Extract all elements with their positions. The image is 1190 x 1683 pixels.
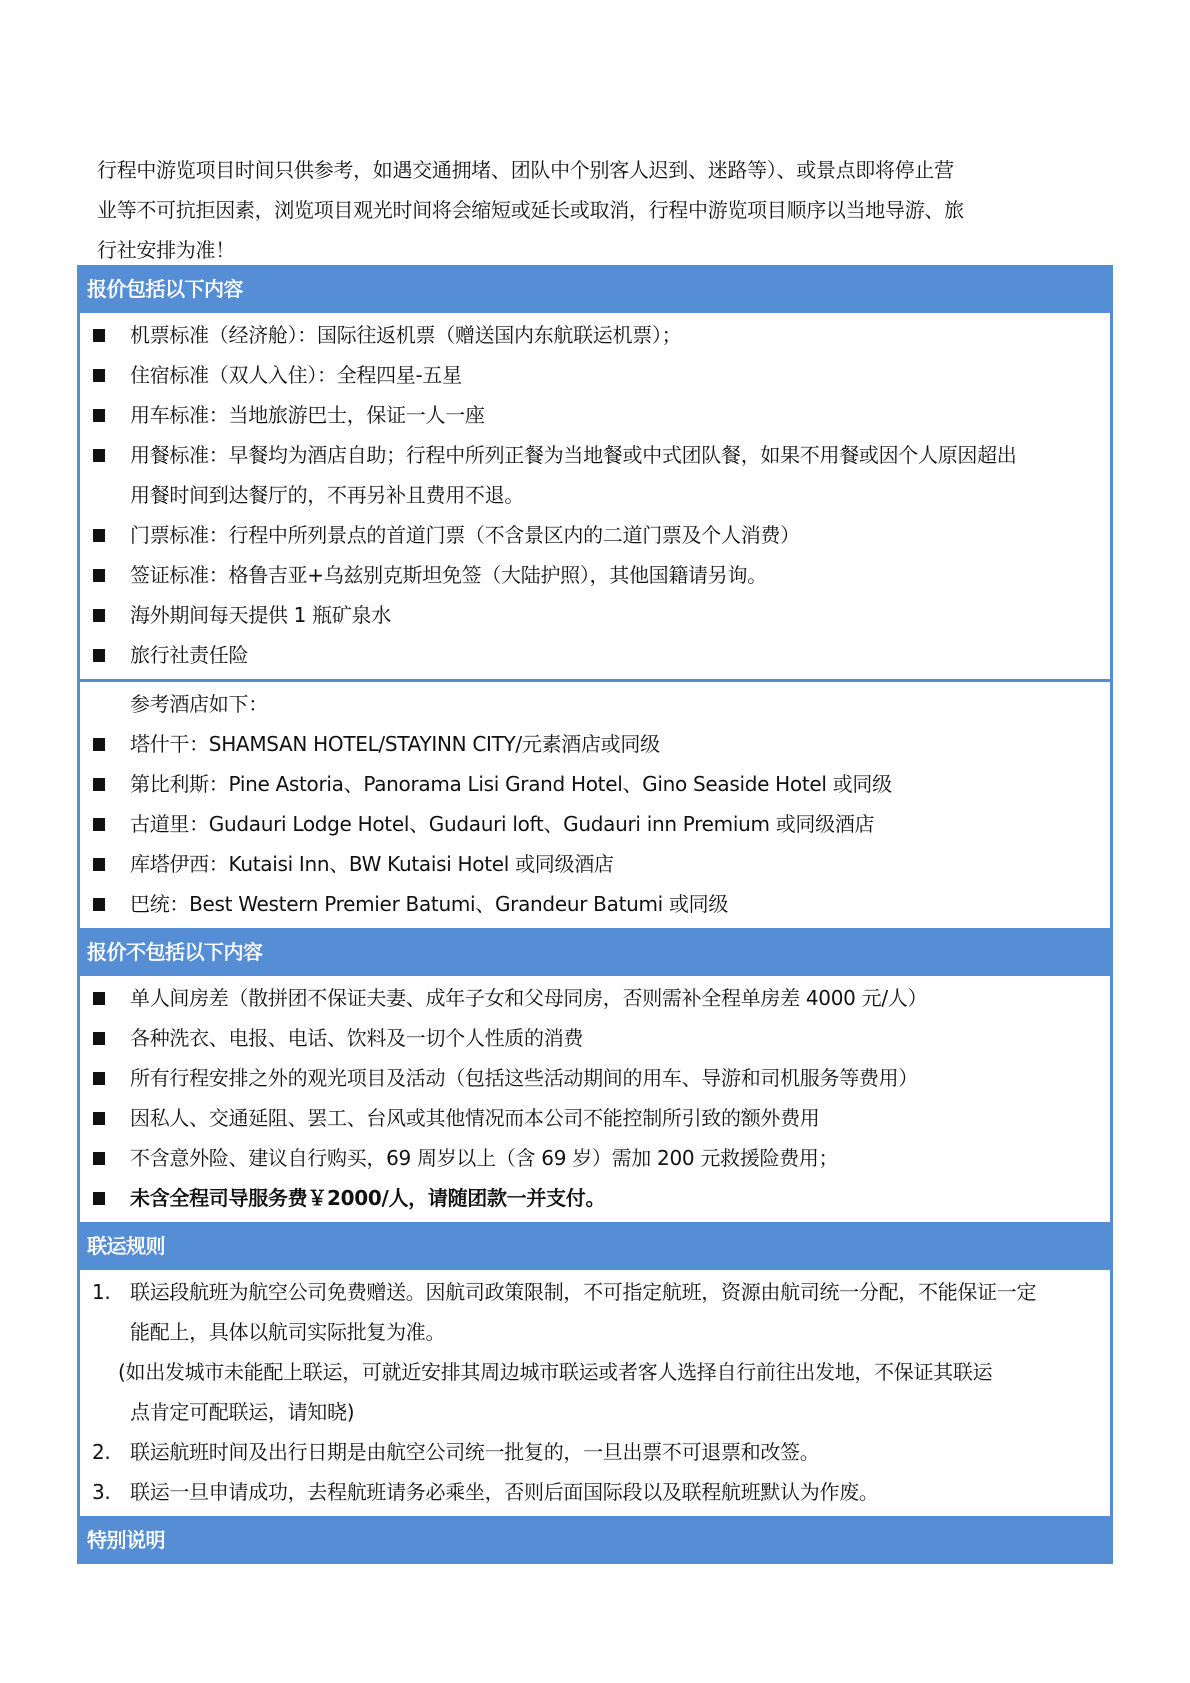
hotels-label: 参考酒店如下： xyxy=(80,684,1110,724)
numbered-item: 2.联运航班时间及出行日期是由航空公司统一批复的，一旦出票不可退票和改签。 xyxy=(80,1432,1110,1472)
bullet-square-icon xyxy=(80,595,130,635)
bullet-square-icon xyxy=(80,764,130,804)
list-item-continuation: 用餐时间到达餐厅的，不再另补且费用不退。 xyxy=(80,475,1110,515)
excluded-list: 单人间房差（散拼团不保证夫妻、成年子女和父母同房，否则需补全程单房差 4000 … xyxy=(80,976,1110,1222)
bullet-square-icon xyxy=(80,435,130,475)
terms-table: 报价包括以下内容 机票标准（经济舱）：国际往返机票（赠送国内东航联运机票）； 住… xyxy=(77,265,1113,1564)
hotels-list: 参考酒店如下： 塔什干：SHAMSAN HOTEL/STAYINN CITY/元… xyxy=(80,682,1110,928)
list-item: 单人间房差（散拼团不保证夫妻、成年子女和父母同房，否则需补全程单房差 4000 … xyxy=(80,978,1110,1018)
bullet-square-icon xyxy=(80,1138,130,1178)
list-item: 因私人、交通延阻、罢工、台风或其他情况而本公司不能控制所引致的额外费用 xyxy=(80,1098,1110,1138)
bullet-square-icon xyxy=(80,978,130,1018)
list-item: 海外期间每天提供 1 瓶矿泉水 xyxy=(80,595,1110,635)
connection-list: 1.联运段航班为航空公司免费赠送。因航司政策限制，不可指定航班，资源由航司统一分… xyxy=(80,1270,1110,1516)
bullet-square-icon xyxy=(80,355,130,395)
bullet-square-icon xyxy=(80,635,130,675)
intro-line: 行社安排为准！ xyxy=(97,230,1057,270)
list-item: 住宿标准（双人入住）：全程四星-五星 xyxy=(80,355,1110,395)
list-item: 机票标准（经济舱）：国际往返机票（赠送国内东航联运机票）； xyxy=(80,315,1110,355)
intro-line: 业等不可抗拒因素，浏览项目观光时间将会缩短或延长或取消，行程中游览项目顺序以当地… xyxy=(97,190,1057,230)
intro-note: 行程中游览项目时间只供参考，如遇交通拥堵、团队中个别客人迟到、迷路等）、或景点即… xyxy=(97,150,1057,270)
section-header-connection: 联运规则 xyxy=(77,1222,1113,1270)
list-item: 不含意外险、建议自行购买，69 周岁以上（含 69 岁）需加 200 元救援险费… xyxy=(80,1138,1110,1178)
list-item: 各种洗衣、电报、电话、饮料及一切个人性质的消费 xyxy=(80,1018,1110,1058)
list-item: 用餐标准：早餐均为酒店自助；行程中所列正餐为当地餐或中式团队餐，如果不用餐或因个… xyxy=(80,435,1110,475)
bullet-square-icon xyxy=(80,1098,130,1138)
numbered-item: 3.联运一旦申请成功，去程航班请务必乘坐，否则后面国际段以及联程航班默认为作废。 xyxy=(80,1472,1110,1512)
list-item: 巴统：Best Western Premier Batumi、Grandeur … xyxy=(80,884,1110,924)
section-header-special: 特别说明 xyxy=(77,1516,1113,1564)
bullet-square-icon xyxy=(80,724,130,764)
list-item: 塔什干：SHAMSAN HOTEL/STAYINN CITY/元素酒店或同级 xyxy=(80,724,1110,764)
bullet-square-icon xyxy=(80,555,130,595)
bullet-square-icon xyxy=(80,315,130,355)
intro-line: 行程中游览项目时间只供参考，如遇交通拥堵、团队中个别客人迟到、迷路等）、或景点即… xyxy=(97,150,1057,190)
bullet-square-icon xyxy=(80,1018,130,1058)
bullet-square-icon xyxy=(80,1178,130,1218)
bullet-square-icon xyxy=(80,395,130,435)
bullet-square-icon xyxy=(80,1058,130,1098)
list-item: 签证标准：格鲁吉亚+乌兹别克斯坦免签（大陆护照），其他国籍请另询。 xyxy=(80,555,1110,595)
section-header-included: 报价包括以下内容 xyxy=(77,265,1113,313)
list-item: 所有行程安排之外的观光项目及活动（包括这些活动期间的用车、导游和司机服务等费用） xyxy=(80,1058,1110,1098)
bullet-square-icon xyxy=(80,804,130,844)
numbered-item-note: (如出发城市未能配上联运，可就近安排其周边城市联运或者客人选择自行前往出发地，不… xyxy=(80,1352,1110,1392)
bullet-square-icon xyxy=(80,884,130,924)
list-item: 用车标准：当地旅游巴士，保证一人一座 xyxy=(80,395,1110,435)
bullet-square-icon xyxy=(80,515,130,555)
section-header-excluded: 报价不包括以下内容 xyxy=(77,928,1113,976)
numbered-item-continuation: 点肯定可配联运，请知晓) xyxy=(80,1392,1110,1432)
list-item: 旅行社责任险 xyxy=(80,635,1110,675)
numbered-item-continuation: 能配上，具体以航司实际批复为准。 xyxy=(80,1312,1110,1352)
list-item-emphasis: 未含全程司导服务费￥2000/人，请随团款一并支付。 xyxy=(80,1178,1110,1218)
list-item: 门票标准：行程中所列景点的首道门票（不含景区内的二道门票及个人消费） xyxy=(80,515,1110,555)
list-item: 库塔伊西：Kutaisi Inn、BW Kutaisi Hotel 或同级酒店 xyxy=(80,844,1110,884)
list-item: 古道里：Gudauri Lodge Hotel、Gudauri loft、Gud… xyxy=(80,804,1110,844)
numbered-item: 1.联运段航班为航空公司免费赠送。因航司政策限制，不可指定航班，资源由航司统一分… xyxy=(80,1272,1110,1312)
bullet-square-icon xyxy=(80,844,130,884)
included-list: 机票标准（经济舱）：国际往返机票（赠送国内东航联运机票）； 住宿标准（双人入住）… xyxy=(80,313,1110,682)
list-item: 第比利斯：Pine Astoria、Panorama Lisi Grand Ho… xyxy=(80,764,1110,804)
